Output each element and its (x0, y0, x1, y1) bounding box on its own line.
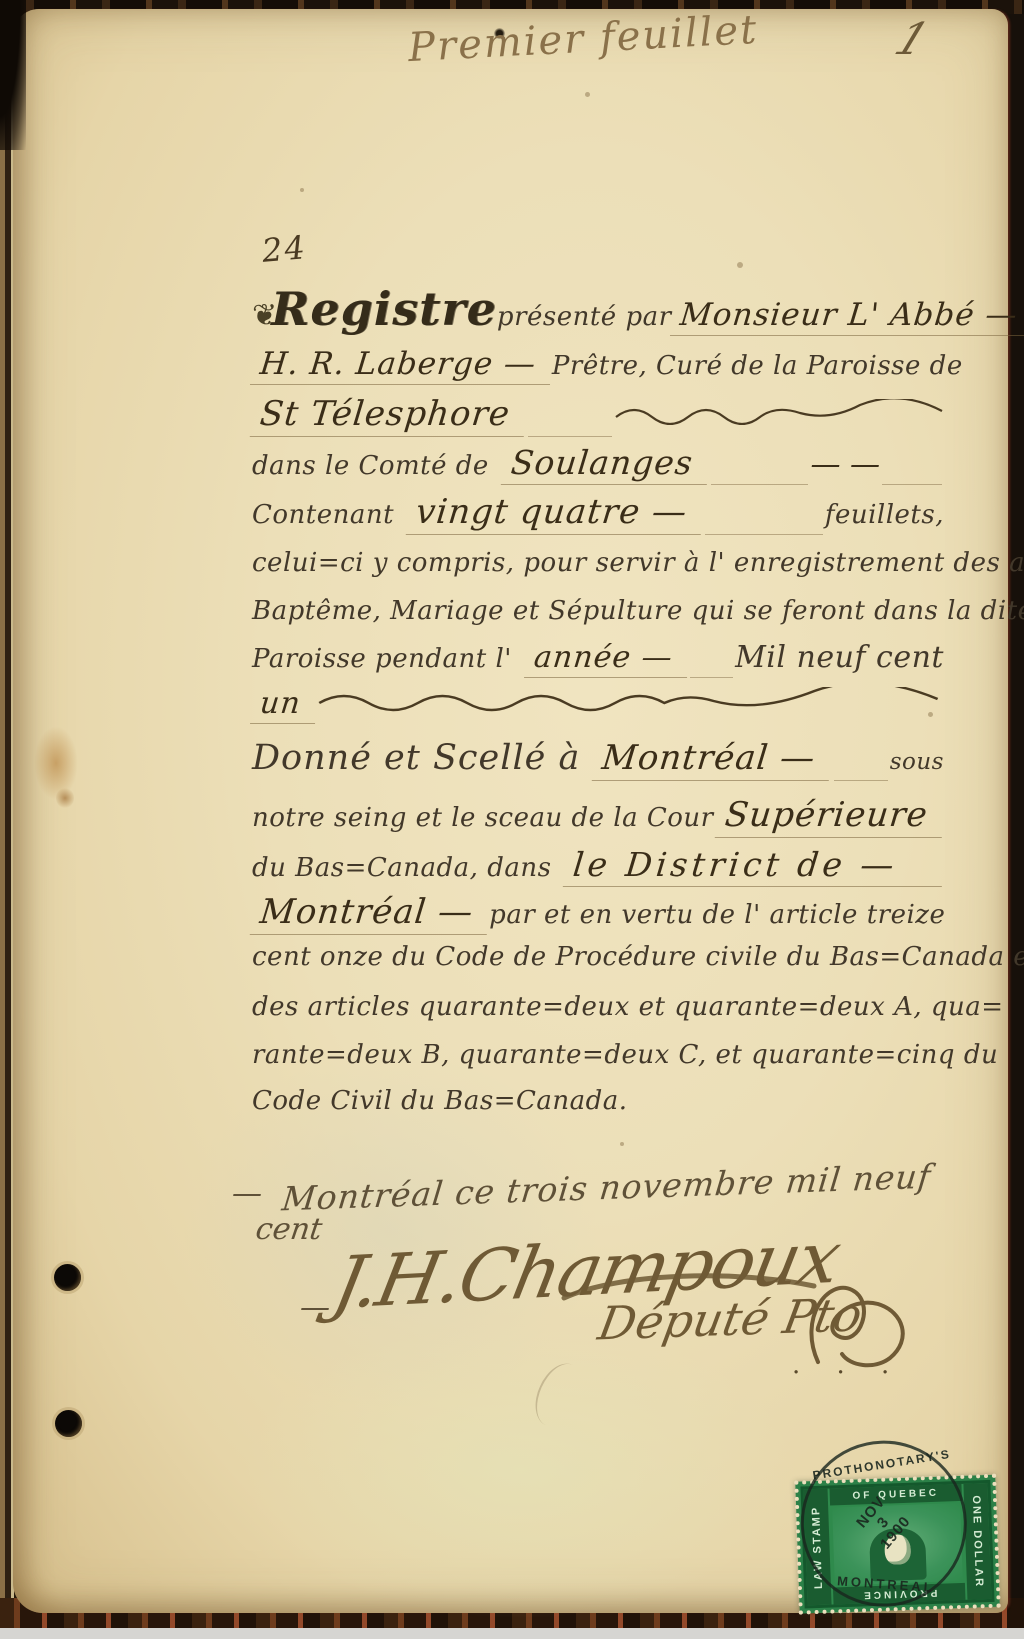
form-line: Donné et Scellé à Montréal — sous (252, 738, 944, 781)
form-line: des articles quarante=deux et quarante=d… (252, 992, 944, 1022)
printed-text: notre seing et le sceau de la Cour (252, 803, 714, 833)
form-line: ❦ Registre présenté par Monsieur L' Abbé… (252, 282, 944, 336)
entry-presented-by: Monsieur L' Abbé — (669, 297, 1024, 336)
form-line: notre seing et le sceau de la Cour Supér… (252, 795, 944, 838)
entry-priest-name: H. R. Laberge — (250, 346, 554, 385)
page-number: 1 (888, 14, 937, 65)
form-line: Baptême, Mariage et Sépulture qui se fer… (252, 596, 944, 626)
form-line: cent onze du Code de Procédure civile du… (252, 942, 944, 972)
printed-text: rante=deux B, quarante=deux C, et quaran… (252, 1040, 998, 1070)
registre-word: Registre (271, 282, 497, 336)
entry-parish: St Télesphore (250, 394, 528, 437)
postmark-office-text: PROTHONOTARY'S (802, 1445, 962, 1484)
entry-county: Soulanges (501, 443, 711, 485)
signature-dots: · · · (792, 1358, 903, 1388)
flourish-wavy-line (317, 687, 944, 713)
postmark-date: NOV 3 1900 (853, 1493, 914, 1552)
printed-text: cent onze du Code de Procédure civile du… (252, 942, 1024, 972)
form-line: Contenant vingt quatre — feuillets, (252, 492, 944, 535)
printed-text: Code Civil du Bas=Canada. (252, 1086, 628, 1116)
printed-text: sous (890, 749, 944, 775)
printed-text: Contenant (252, 500, 394, 530)
form-line: Montréal — par et en vertu de l' article… (252, 892, 944, 935)
printed-text: Prêtre, Curé de la Paroisse de (552, 351, 963, 381)
form-line: St Télesphore (252, 394, 944, 437)
printed-text: par et en vertu de l' article treize (489, 900, 945, 930)
entry-year-word: année — (524, 640, 691, 678)
form-line: celui=ci y compris, pour servir à l' enr… (252, 548, 944, 578)
printed-text: des articles quarante=deux et quarante=d… (252, 992, 1004, 1022)
form-line: un (252, 686, 944, 724)
form-line: dans le Comté de Soulanges — — (252, 443, 944, 485)
entry-district: le District de — (563, 845, 946, 887)
closing-dash: — (300, 1290, 330, 1325)
printed-text: Donné et Scellé à (252, 738, 580, 778)
closing-lead-dash: — (232, 1176, 262, 1211)
closing-date-line: Montréal ce trois novembre mil neuf (280, 1157, 933, 1219)
form-line: Code Civil du Bas=Canada. (252, 1086, 944, 1116)
document-content: Premier feuillet 1 24 ❦ Registre présent… (0, 0, 1024, 1639)
stamp-label-one-dollar: ONE DOLLAR (963, 1483, 991, 1600)
header-annotation: Premier feuillet (407, 7, 759, 71)
entry-dashes: — — (810, 447, 880, 482)
entry-sealed-at: Montréal — (592, 738, 834, 781)
law-stamp-group: LAW STAMP ONE DOLLAR OF QUEBEC PROVINCE … (792, 1436, 1013, 1623)
entry-sheet-count: vingt quatre — (406, 492, 706, 535)
postmark-circle: PROTHONOTARY'S NOV 3 1900 MONTREAL (798, 1438, 970, 1610)
printed-text: Paroisse pendant l' (252, 644, 512, 674)
form-line: rante=deux B, quarante=deux C, et quaran… (252, 1040, 944, 1070)
printed-text: feuillets, (825, 500, 944, 530)
entry-district-city: Montréal — (250, 892, 492, 935)
printed-text: dans le Comté de (252, 451, 489, 481)
entry-court: Supérieure (715, 795, 946, 838)
folio-count-note: 24 (260, 228, 308, 270)
signature-title: Député Pto (594, 1287, 866, 1350)
printed-text: présenté par (497, 302, 672, 332)
flourish-squiggle (614, 399, 944, 425)
closing-date-line2: cent (254, 1212, 325, 1247)
form-line: H. R. Laberge — Prêtre, Curé de la Paroi… (252, 346, 944, 385)
form-line: du Bas=Canada, dans le District de — (252, 845, 944, 887)
printed-text: Mil neuf cent (735, 640, 944, 675)
printed-text: celui=ci y compris, pour servir à l' enr… (252, 548, 1024, 578)
entry-year-one: un (250, 686, 319, 724)
printed-text: Baptême, Mariage et Sépulture qui se fer… (252, 596, 1024, 626)
form-line: Paroisse pendant l' année — Mil neuf cen… (252, 640, 944, 678)
printed-text: du Bas=Canada, dans (252, 853, 551, 883)
